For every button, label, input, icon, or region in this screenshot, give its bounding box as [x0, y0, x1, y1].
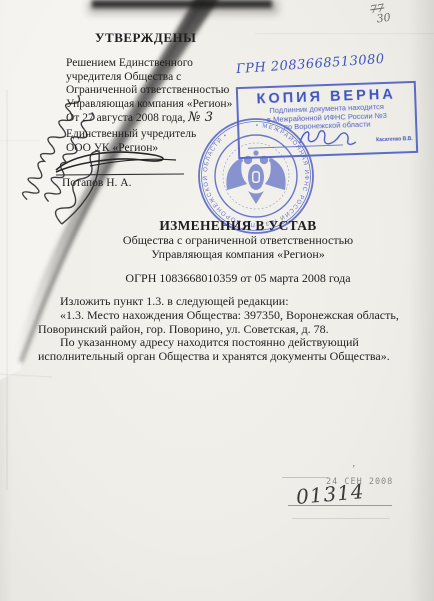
pencil-page-note-bottom: 30 [376, 13, 391, 25]
approval-line: Ограниченной ответственностью [66, 84, 251, 98]
received-stamp-line [292, 518, 390, 519]
eagle-emblem [226, 150, 285, 204]
pen-tick-mark: ’ [352, 464, 355, 475]
approval-line: Управляющая компания «Регион» [66, 98, 251, 112]
body-line: Изложить пункт 1.3. в следующей редакции… [38, 295, 422, 309]
handwritten-grn-number: ГРН 2083668513080 [236, 52, 386, 77]
organization-line: Общества с ограниченной ответственностью [42, 234, 434, 248]
founder-signature [50, 146, 190, 180]
pencil-page-note: 77 30 [370, 3, 392, 25]
scanner-edge-shadow-core [92, 0, 272, 8]
body-line: «1.3. Место нахождения Общества: 397350,… [38, 309, 422, 323]
document-heading: ИЗМЕНЕНИЯ В УСТАВ Общества с ограниченно… [42, 218, 434, 286]
received-stamp-underline [288, 505, 392, 506]
approval-line: Решением Единственного [66, 57, 251, 71]
ogrn-line: ОГРН 1083668010359 от 05 марта 2008 года [42, 271, 434, 286]
approval-line: учредителя Общества с [66, 71, 251, 85]
amendment-text: Изложить пункт 1.3. в следующей редакции… [38, 295, 422, 364]
approval-title: УТВЕРЖДЕНЫ [95, 30, 196, 46]
inspector-name: Касатенко В.В. [376, 136, 413, 143]
paper-crease [255, 33, 434, 35]
body-line: Поворинский район, гор. Поворино, ул. Со… [38, 323, 422, 337]
founder-name: Потапов Н. А. [62, 177, 131, 189]
body-line: По указанному адресу находится постоянно… [38, 336, 422, 350]
body-line: исполнительный орган Общества и хранятся… [38, 350, 422, 364]
organization-line: Управляющая компания «Регион» [42, 248, 434, 262]
paper-crease [6, 90, 8, 490]
approval-date-text: От 27 августа 2008 года, [66, 112, 185, 124]
received-stamp-line [282, 477, 328, 478]
document-title: ИЗМЕНЕНИЯ В УСТАВ [42, 218, 434, 234]
scanned-document-page: 77 30 УТВЕРЖДЕНЫ Решением Единственного … [0, 0, 434, 601]
